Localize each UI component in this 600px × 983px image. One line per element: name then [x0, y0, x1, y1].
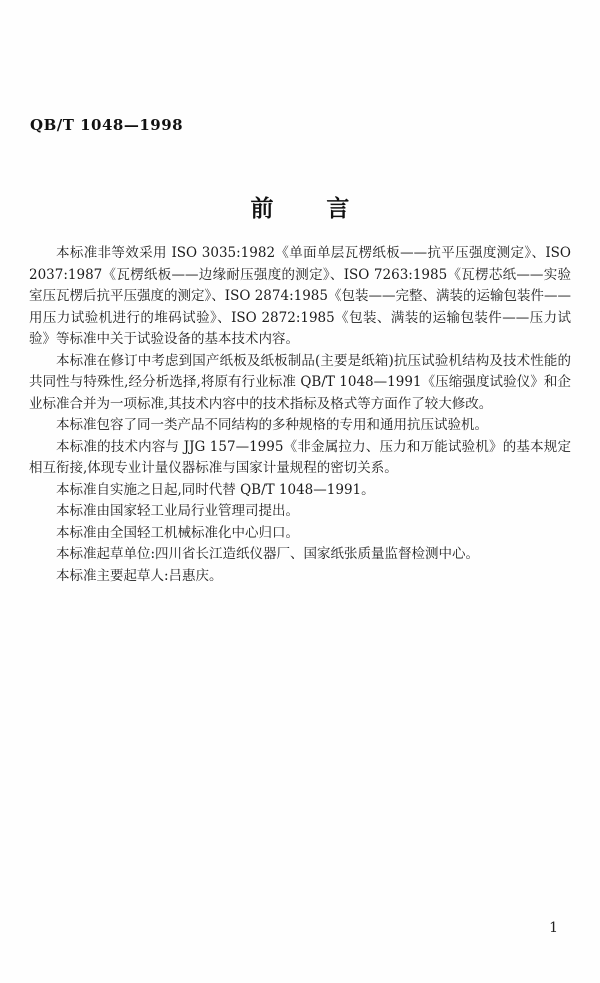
paragraph-drafting-units: 本标准起草单位:四川省长江造纸仪器厂、国家纸张质量监督检测中心。: [29, 544, 571, 566]
paragraph-centralized-by: 本标准由全国轻工机械标准化中心归口。: [29, 523, 571, 545]
paragraph-chief-drafter: 本标准主要起草人:吕惠庆。: [29, 566, 571, 588]
standard-code: QB/T 1048—1998: [30, 116, 183, 134]
paragraph-iso-adoption: 本标准非等效采用 ISO 3035:1982《单面单层瓦楞纸板——抗平压强度测定…: [29, 243, 571, 351]
document-page: QB/T 1048—1998 前言 本标准非等效采用 ISO 3035:1982…: [0, 0, 600, 983]
paragraph-proposed-by: 本标准由国家轻工业局行业管理司提出。: [29, 501, 571, 523]
paragraph-revision-background: 本标准在修订中考虑到国产纸板及纸板制品(主要是纸箱)抗压试验机结构及技术性能的共…: [29, 351, 571, 416]
page-title: 前言: [0, 190, 600, 223]
foreword-body: 本标准非等效采用 ISO 3035:1982《单面单层瓦楞纸板——抗平压强度测定…: [29, 243, 571, 587]
paragraph-replacement: 本标准自实施之日起,同时代替 QB/T 1048—1991。: [29, 480, 571, 502]
page-number: 1: [549, 920, 558, 936]
paragraph-scope: 本标准包容了同一类产品不同结构的多种规格的专用和通用抗压试验机。: [29, 415, 571, 437]
paragraph-jjg-link: 本标准的技术内容与 JJG 157—1995《非金属拉力、压力和万能试验机》的基…: [29, 437, 571, 480]
